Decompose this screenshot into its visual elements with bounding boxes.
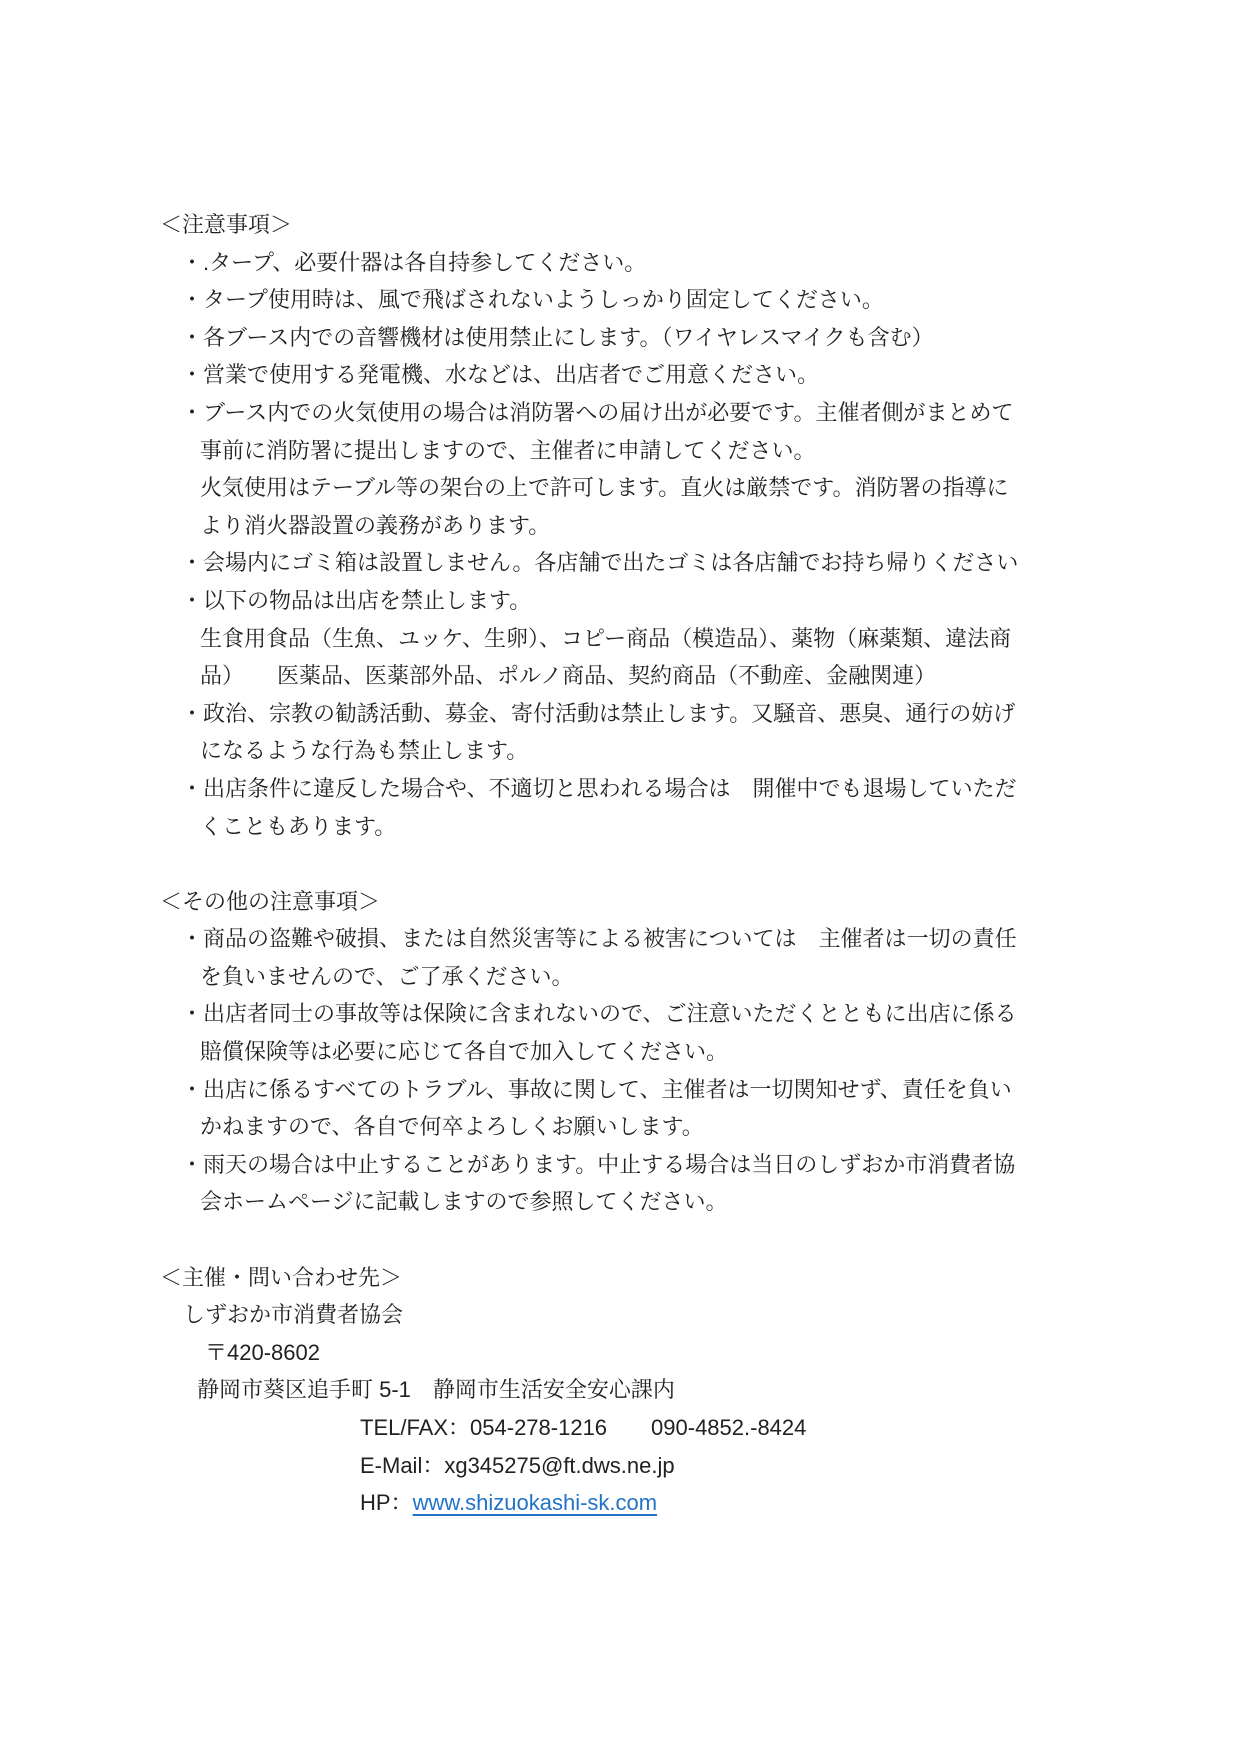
document-page: ＜注意事項＞ ・.タープ、必要什器は各自持参してください。 ・タープ使用時は、風… xyxy=(0,0,1241,1754)
contact-organization: しずおか市消費者協会 xyxy=(183,1296,1241,1334)
bullet-item: ・タープ使用時は、風で飛ばされないようしっかり固定してください。 xyxy=(181,281,1241,319)
contact-email: E-Mail：xg345275@ft.dws.ne.jp xyxy=(360,1447,1241,1485)
bullet-item: ・ブース内での火気使用の場合は消防署への届け出が必要です。主催者側がまとめて xyxy=(181,394,1241,432)
continuation-line: 会ホームページに記載しますので参照してください。 xyxy=(200,1183,1241,1221)
continuation-line: かねますので、各自で何卒よろしくお願いします。 xyxy=(200,1108,1241,1146)
contact-hp-line: HP：www.shizuokashi-sk.com xyxy=(360,1484,1241,1522)
bullet-item: ・.タープ、必要什器は各自持参してください。 xyxy=(181,244,1241,282)
bullet-item: ・以下の物品は出店を禁止します。 xyxy=(181,582,1241,620)
bullet-item: ・雨天の場合は中止することがあります。中止する場合は当日のしずおか市消費者協 xyxy=(181,1146,1241,1184)
section-contact: ＜主催・問い合わせ先＞ しずおか市消費者協会 〒420-8602 静岡市葵区追手… xyxy=(0,1259,1241,1522)
bullet-item: ・会場内にゴミ箱は設置しません。各店舗で出たゴミは各店舗でお持ち帰りください xyxy=(181,544,1241,582)
continuation-line: 事前に消防署に提出しますので、主催者に申請してください。 xyxy=(200,432,1241,470)
contact-postal-code: 〒420-8602 xyxy=(205,1334,1241,1372)
continuation-line: 火気使用はテーブル等の架台の上で許可します。直火は厳禁です。消防署の指導に xyxy=(200,469,1241,507)
section-notes-heading: ＜注意事項＞ xyxy=(160,206,1241,244)
section-other-notes: ＜その他の注意事項＞ ・商品の盗難や破損、または自然災害等による被害については … xyxy=(0,883,1241,1221)
bullet-item: ・出店者同士の事故等は保険に含まれないので、ご注意いただくとともに出店に係る xyxy=(181,995,1241,1033)
continuation-line: になるような行為も禁止します。 xyxy=(200,732,1241,770)
hp-label: HP： xyxy=(360,1490,413,1515)
continuation-line: を負いませんので、ご了承ください。 xyxy=(200,958,1241,996)
hp-link[interactable]: www.shizuokashi-sk.com xyxy=(413,1490,658,1515)
continuation-line: 生食用食品（生魚、ユッケ、生卵）、コピー商品（模造品）、薬物（麻薬類、違法商 xyxy=(200,620,1241,658)
section-notes: ＜注意事項＞ ・.タープ、必要什器は各自持参してください。 ・タープ使用時は、風… xyxy=(0,206,1241,845)
continuation-line: より消火器設置の義務があります。 xyxy=(200,507,1241,545)
section-other-notes-heading: ＜その他の注意事項＞ xyxy=(160,883,1241,921)
section-contact-heading: ＜主催・問い合わせ先＞ xyxy=(160,1259,1241,1297)
contact-tel-fax: TEL/FAX：054-278-1216 090-4852.-8424 xyxy=(360,1409,1241,1447)
bullet-item: ・出店条件に違反した場合や、不適切と思われる場合は 開催中でも退場していただ xyxy=(181,770,1241,808)
continuation-line: くこともあります。 xyxy=(200,808,1241,846)
contact-address: 静岡市葵区追手町 5-1 静岡市生活安全安心課内 xyxy=(197,1371,1241,1409)
document-content: ＜注意事項＞ ・.タープ、必要什器は各自持参してください。 ・タープ使用時は、風… xyxy=(0,206,1241,1522)
continuation-line: 賠償保険等は必要に応じて各自で加入してください。 xyxy=(200,1033,1241,1071)
bullet-item: ・政治、宗教の勧誘活動、募金、寄付活動は禁止します。又騒音、悪臭、通行の妨げ xyxy=(181,695,1241,733)
bullet-item: ・各ブース内での音響機材は使用禁止にします。（ワイヤレスマイクも含む） xyxy=(181,319,1241,357)
bullet-item: ・営業で使用する発電機、水などは、出店者でご用意ください。 xyxy=(181,356,1241,394)
bullet-item: ・出店に係るすべてのトラブル、事故に関して、主催者は一切関知せず、責任を負い xyxy=(181,1071,1241,1109)
bullet-item: ・商品の盗難や破損、または自然災害等による被害については 主催者は一切の責任 xyxy=(181,920,1241,958)
continuation-line: 品） 医薬品、医薬部外品、ポルノ商品、契約商品（不動産、金融関連） xyxy=(200,657,1241,695)
